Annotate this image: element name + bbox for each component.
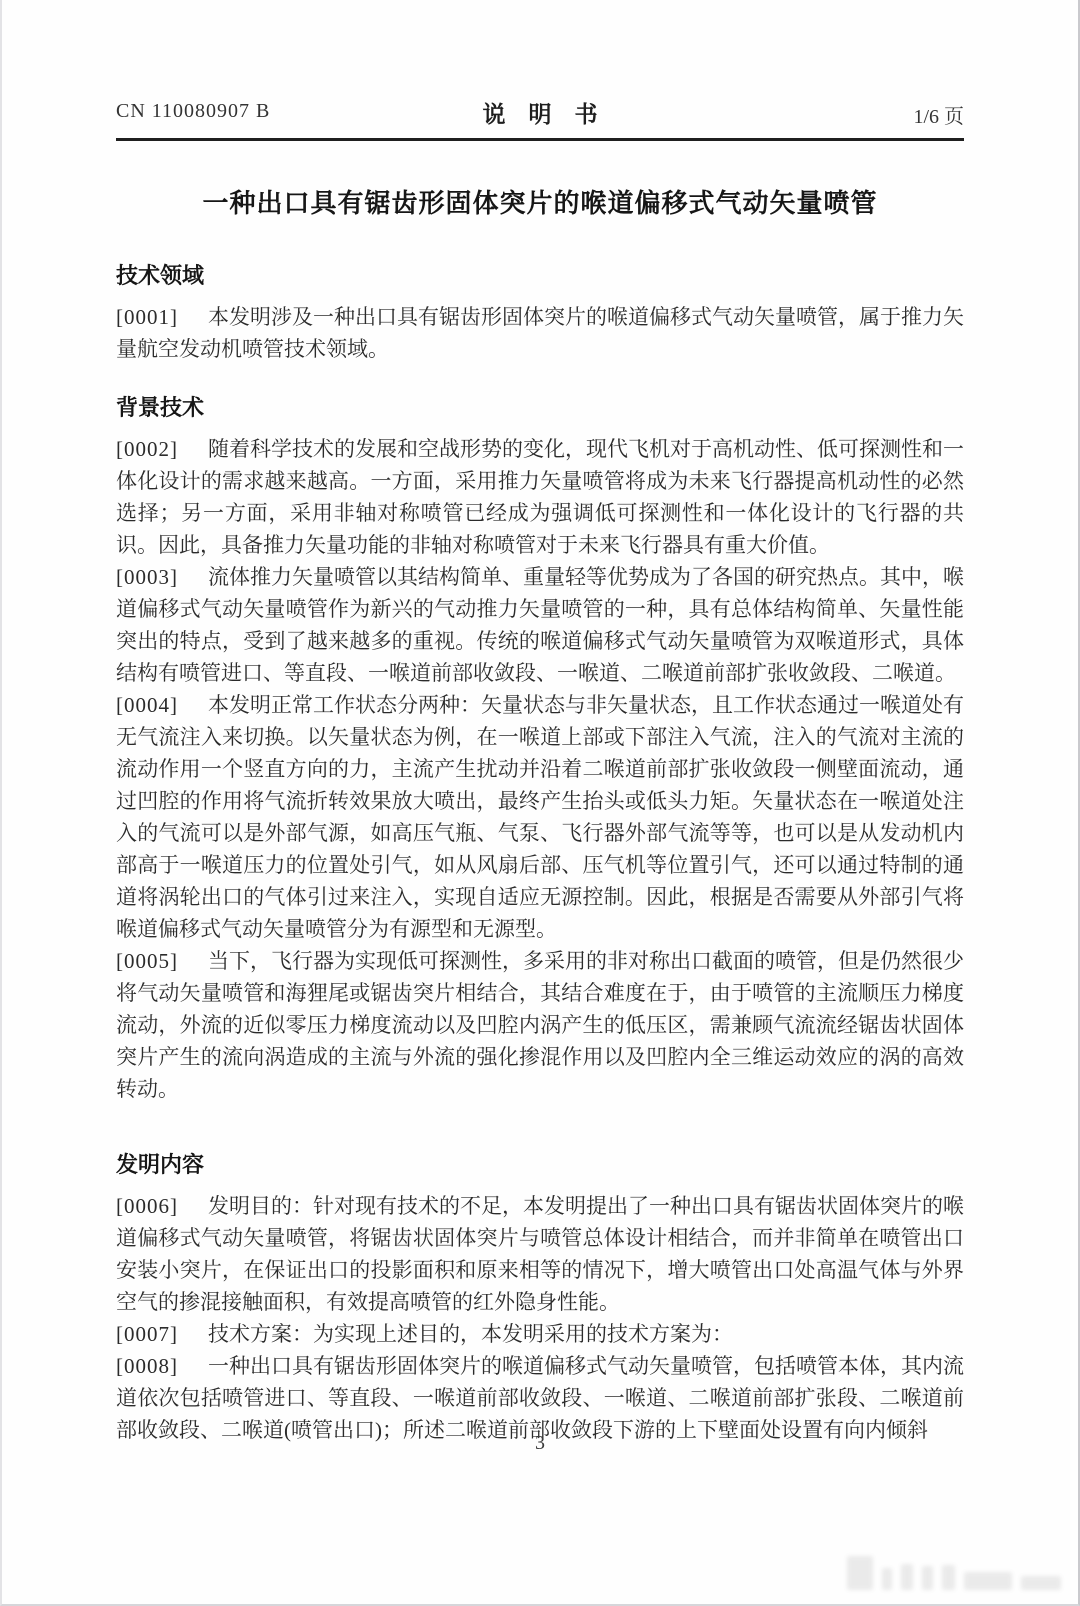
patent-specification-page: CN 110080907 B 说 明 书 1/6 页 一种出口具有锯齿形固体突片… (0, 0, 1080, 1606)
paragraph-0003: [0003]流体推力矢量喷管以其结构简单、重量轻等优势成为了各国的研究热点。其中… (116, 561, 964, 689)
paragraph-0007: [0007]技术方案：为实现上述目的，本发明采用的技术方案为： (116, 1318, 964, 1350)
watermark-mark (964, 1572, 1012, 1590)
page-header: CN 110080907 B 说 明 书 1/6 页 (116, 100, 964, 130)
watermark-mark (922, 1566, 933, 1590)
paragraph-text: 发明目的：针对现有技术的不足，本发明提出了一种出口具有锯齿状固体突片的喉道偏移式… (116, 1194, 964, 1314)
paragraph-text: 本发明涉及一种出口具有锯齿形固体突片的喉道偏移式气动矢量喷管，属于推力矢量航空发… (116, 305, 964, 361)
paragraph-text: 流体推力矢量喷管以其结构简单、重量轻等优势成为了各国的研究热点。其中，喉道偏移式… (116, 565, 964, 685)
paragraph-tag: [0001] (116, 301, 178, 333)
invention-title: 一种出口具有锯齿形固体突片的喉道偏移式气动矢量喷管 (116, 183, 964, 220)
paragraph-0002: [0002]随着科学技术的发展和空战形势的变化，现代飞机对于高机动性、低可探测性… (116, 433, 964, 561)
section-heading-technical-field: 技术领域 (116, 260, 964, 292)
page-indicator: 1/6 页 (913, 100, 964, 129)
page-content: CN 110080907 B 说 明 书 1/6 页 一种出口具有锯齿形固体突片… (2, 0, 1078, 1446)
paragraph-text: 本发明正常工作状态分两种：矢量状态与非矢量状态，且工作状态通过一喉道处有无气流注… (116, 693, 964, 941)
section-heading-summary: 发明内容 (116, 1149, 964, 1181)
paragraph-tag: [0007] (116, 1318, 178, 1350)
paragraph-tag: [0005] (116, 945, 178, 977)
document-body: 技术领域 [0001]本发明涉及一种出口具有锯齿形固体突片的喉道偏移式气动矢量喷… (116, 260, 964, 1446)
watermark-mark (847, 1556, 873, 1590)
paragraph-text: 当下，飞行器为实现低可探测性，多采用的非对称出口截面的喷管，但是仍然很少将气动矢… (116, 949, 964, 1101)
watermark-mark (942, 1565, 955, 1590)
paragraph-tag: [0008] (116, 1350, 178, 1382)
paragraph-tag: [0003] (116, 561, 178, 593)
paragraph-0006: [0006]发明目的：针对现有技术的不足，本发明提出了一种出口具有锯齿状固体突片… (116, 1190, 964, 1318)
header-divider (116, 138, 964, 141)
faint-watermark (847, 1552, 1062, 1590)
paragraph-text: 技术方案：为实现上述目的，本发明采用的技术方案为： (208, 1322, 733, 1346)
section-heading-background: 背景技术 (116, 392, 964, 424)
paragraph-text: 随着科学技术的发展和空战形势的变化，现代飞机对于高机动性、低可探测性和一体化设计… (116, 437, 964, 557)
watermark-mark (1021, 1576, 1061, 1590)
page-number: 3 (2, 1432, 1078, 1455)
paragraph-tag: [0006] (116, 1190, 178, 1222)
paragraph-0004: [0004]本发明正常工作状态分两种：矢量状态与非矢量状态，且工作状态通过一喉道… (116, 689, 964, 945)
document-type-title: 说 明 书 (116, 96, 964, 129)
paragraph-tag: [0002] (116, 433, 178, 465)
paragraph-0001: [0001]本发明涉及一种出口具有锯齿形固体突片的喉道偏移式气动矢量喷管，属于推… (116, 301, 964, 365)
paragraph-text: 一种出口具有锯齿形固体突片的喉道偏移式气动矢量喷管，包括喷管本体，其内流道依次包… (116, 1354, 964, 1442)
watermark-mark (882, 1568, 892, 1590)
paragraph-0005: [0005]当下，飞行器为实现低可探测性，多采用的非对称出口截面的喷管，但是仍然… (116, 945, 964, 1105)
watermark-mark (901, 1564, 913, 1590)
paragraph-tag: [0004] (116, 689, 178, 721)
